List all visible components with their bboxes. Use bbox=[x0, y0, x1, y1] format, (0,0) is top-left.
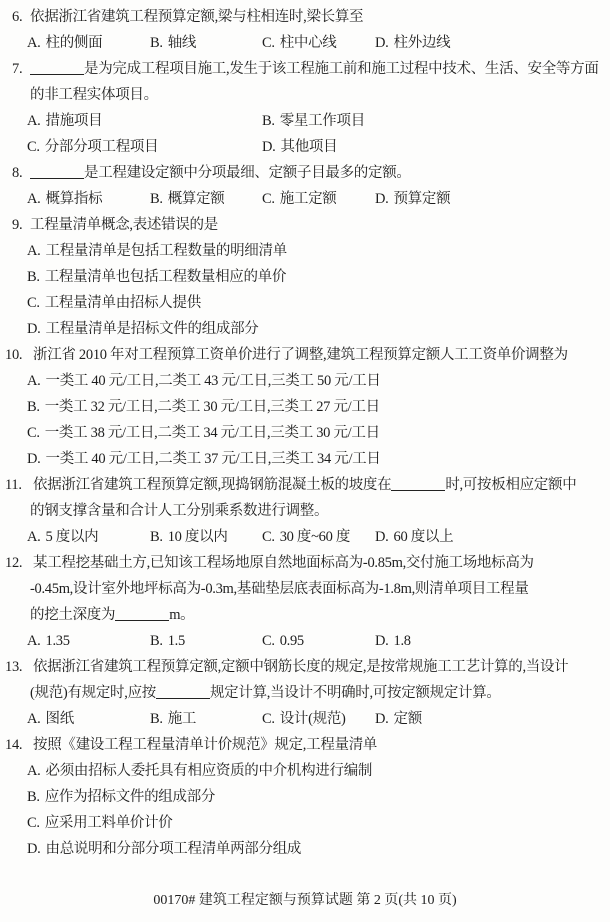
option-b: B.零星工作项目 bbox=[262, 108, 610, 134]
option-b: B.施工 bbox=[150, 706, 262, 732]
question-14-stem: 14.按照《建设工程工程量清单计价规范》规定,工程量清单 bbox=[0, 732, 610, 758]
question-9-stem: 9.工程量清单概念,表述错误的是 bbox=[0, 212, 610, 238]
question-text: 依据浙江省建筑工程预算定额,梁与柱相连时,梁长算至 bbox=[30, 9, 363, 25]
question-10-stem: 10.浙江省 2010 年对工程预算工资单价进行了调整,建筑工程预算定额人工工资… bbox=[0, 342, 610, 368]
option-b: B.概算定额 bbox=[150, 186, 262, 212]
question-9-option-d: D.工程量清单是招标文件的组成部分 bbox=[0, 316, 610, 342]
option-c: C.30 度~60 度 bbox=[262, 524, 375, 550]
question-8-options: A.概算指标 B.概算定额 C.施工定额 D.预算定额 bbox=[0, 186, 610, 212]
page-footer: 00170# 建筑工程定额与预算试题 第 2 页(共 10 页) bbox=[0, 888, 610, 914]
question-9-option-a: A.工程量清单是包括工程数量的明细清单 bbox=[0, 238, 610, 264]
question-text: 依据浙江省建筑工程预算定额,定额中钢筋长度的规定,是按常规施工工艺计算的,当设计 bbox=[33, 659, 568, 675]
question-number: 7. bbox=[12, 56, 30, 82]
question-13-options: A.图纸 B.施工 C.设计(规范) D.定额 bbox=[0, 706, 610, 732]
question-text: 规定计算,当设计不明确时,可按定额规定计算。 bbox=[210, 685, 501, 701]
option-b: B.1.5 bbox=[150, 628, 262, 654]
question-text: 的非工程实体项目。 bbox=[30, 87, 158, 103]
option-c: C.0.95 bbox=[262, 628, 375, 654]
question-10-option-a: A.一类工 40 元/工日,二类工 43 元/工日,三类工 50 元/工日 bbox=[0, 368, 610, 394]
question-text: m。 bbox=[169, 607, 194, 623]
question-13-stem-line2: (规范)有规定时,应按规定计算,当设计不明确时,可按定额规定计算。 bbox=[0, 680, 610, 706]
question-text: 的挖土深度为 bbox=[30, 607, 115, 623]
question-8-stem: 8.是工程建设定额中分项最细、定额子目最多的定额。 bbox=[0, 160, 610, 186]
question-14-option-d: D.由总说明和分部分项工程清单两部分组成 bbox=[0, 836, 610, 862]
question-12-stem: 12.某工程挖基础土方,已知该工程场地原自然地面标高为-0.85m,交付施工场地… bbox=[0, 550, 610, 576]
question-7-stem-line2: 的非工程实体项目。 bbox=[0, 82, 610, 108]
blank-underline bbox=[156, 684, 210, 699]
question-text: 是为完成工程项目施工,发生于该工程施工前和施工过程中技术、生活、安全等方面 bbox=[84, 61, 599, 77]
question-10-option-b: B.一类工 32 元/工日,二类工 30 元/工日,三类工 27 元/工日 bbox=[0, 394, 610, 420]
question-9-option-b: B.工程量清单也包括工程数量相应的单价 bbox=[0, 264, 610, 290]
option-d: D.1.8 bbox=[375, 628, 610, 654]
option-a: A.1.35 bbox=[27, 628, 150, 654]
option-d: D.60 度以上 bbox=[375, 524, 610, 550]
option-c: C.分部分项工程项目 bbox=[27, 134, 262, 160]
question-14-option-b: B.应作为招标文件的组成部分 bbox=[0, 784, 610, 810]
option-b: B.轴线 bbox=[150, 30, 262, 56]
option-c: C.设计(规范) bbox=[262, 706, 375, 732]
option-a: A.措施项目 bbox=[27, 108, 262, 134]
option-c: C.柱中心线 bbox=[262, 30, 375, 56]
option-d: D.柱外边线 bbox=[375, 30, 610, 56]
question-text: 工程量清单概念,表述错误的是 bbox=[30, 217, 218, 233]
option-a: A.5 度以内 bbox=[27, 524, 150, 550]
question-11-stem-line2: 的钢支撑含量和合计人工分别乘系数进行调整。 bbox=[0, 498, 610, 524]
option-a: A.概算指标 bbox=[27, 186, 150, 212]
question-number: 13. bbox=[5, 654, 33, 680]
question-14-option-a: A.必须由招标人委托具有相应资质的中介机构进行编制 bbox=[0, 758, 610, 784]
question-6-stem: 6.依据浙江省建筑工程预算定额,梁与柱相连时,梁长算至 bbox=[0, 4, 610, 30]
option-a: A.图纸 bbox=[27, 706, 150, 732]
question-text: (规范)有规定时,应按 bbox=[30, 685, 156, 701]
question-number: 9. bbox=[12, 212, 30, 238]
blank-underline bbox=[30, 164, 84, 179]
blank-underline bbox=[30, 60, 84, 75]
question-number: 12. bbox=[5, 550, 33, 576]
question-13-stem: 13.依据浙江省建筑工程预算定额,定额中钢筋长度的规定,是按常规施工工艺计算的,… bbox=[0, 654, 610, 680]
question-number: 6. bbox=[12, 4, 30, 30]
question-text: 的钢支撑含量和合计人工分别乘系数进行调整。 bbox=[30, 503, 328, 519]
question-7-options-row2: C.分部分项工程项目 D.其他项目 bbox=[0, 134, 610, 160]
option-b: B.10 度以内 bbox=[150, 524, 262, 550]
question-10-option-d: D.一类工 40 元/工日,二类工 37 元/工日,三类工 34 元/工日 bbox=[0, 446, 610, 472]
question-text: 按照《建设工程工程量清单计价规范》规定,工程量清单 bbox=[33, 737, 377, 753]
question-9-option-c: C.工程量清单由招标人提供 bbox=[0, 290, 610, 316]
question-11-options: A.5 度以内 B.10 度以内 C.30 度~60 度 D.60 度以上 bbox=[0, 524, 610, 550]
question-7-stem: 7.是为完成工程项目施工,发生于该工程施工前和施工过程中技术、生活、安全等方面 bbox=[0, 56, 610, 82]
question-text: 时,可按板相应定额中 bbox=[445, 477, 576, 493]
question-12-options: A.1.35 B.1.5 C.0.95 D.1.8 bbox=[0, 628, 610, 654]
option-d: D.预算定额 bbox=[375, 186, 610, 212]
option-d: D.其他项目 bbox=[262, 134, 610, 160]
option-a: A.柱的侧面 bbox=[27, 30, 150, 56]
exam-page: 6.依据浙江省建筑工程预算定额,梁与柱相连时,梁长算至 A.柱的侧面 B.轴线 … bbox=[0, 0, 610, 922]
question-12-stem-line2: -0.45m,设计室外地坪标高为-0.3m,基础垫层底表面标高为-1.8m,则清… bbox=[0, 576, 610, 602]
question-text: -0.45m,设计室外地坪标高为-0.3m,基础垫层底表面标高为-1.8m,则清… bbox=[30, 581, 529, 597]
question-number: 8. bbox=[12, 160, 30, 186]
question-10-option-c: C.一类工 38 元/工日,二类工 34 元/工日,三类工 30 元/工日 bbox=[0, 420, 610, 446]
question-11-stem: 11.依据浙江省建筑工程预算定额,现捣钢筋混凝土板的坡度在时,可按板相应定额中 bbox=[0, 472, 610, 498]
question-12-stem-line3: 的挖土深度为m。 bbox=[0, 602, 610, 628]
question-text: 依据浙江省建筑工程预算定额,现捣钢筋混凝土板的坡度在 bbox=[33, 477, 391, 493]
question-14-option-c: C.应采用工料单价计价 bbox=[0, 810, 610, 836]
question-text: 浙江省 2010 年对工程预算工资单价进行了调整,建筑工程预算定额人工工资单价调… bbox=[33, 347, 568, 363]
question-text: 是工程建设定额中分项最细、定额子目最多的定额。 bbox=[84, 165, 411, 181]
question-number: 10. bbox=[5, 342, 33, 368]
option-c: C.施工定额 bbox=[262, 186, 375, 212]
question-number: 14. bbox=[5, 732, 33, 758]
blank-underline bbox=[391, 476, 445, 491]
option-d: D.定额 bbox=[375, 706, 610, 732]
question-6-options: A.柱的侧面 B.轴线 C.柱中心线 D.柱外边线 bbox=[0, 30, 610, 56]
blank-underline bbox=[115, 606, 169, 621]
question-7-options-row1: A.措施项目 B.零星工作项目 bbox=[0, 108, 610, 134]
question-number: 11. bbox=[5, 472, 33, 498]
question-text: 某工程挖基础土方,已知该工程场地原自然地面标高为-0.85m,交付施工场地标高为 bbox=[33, 555, 534, 571]
